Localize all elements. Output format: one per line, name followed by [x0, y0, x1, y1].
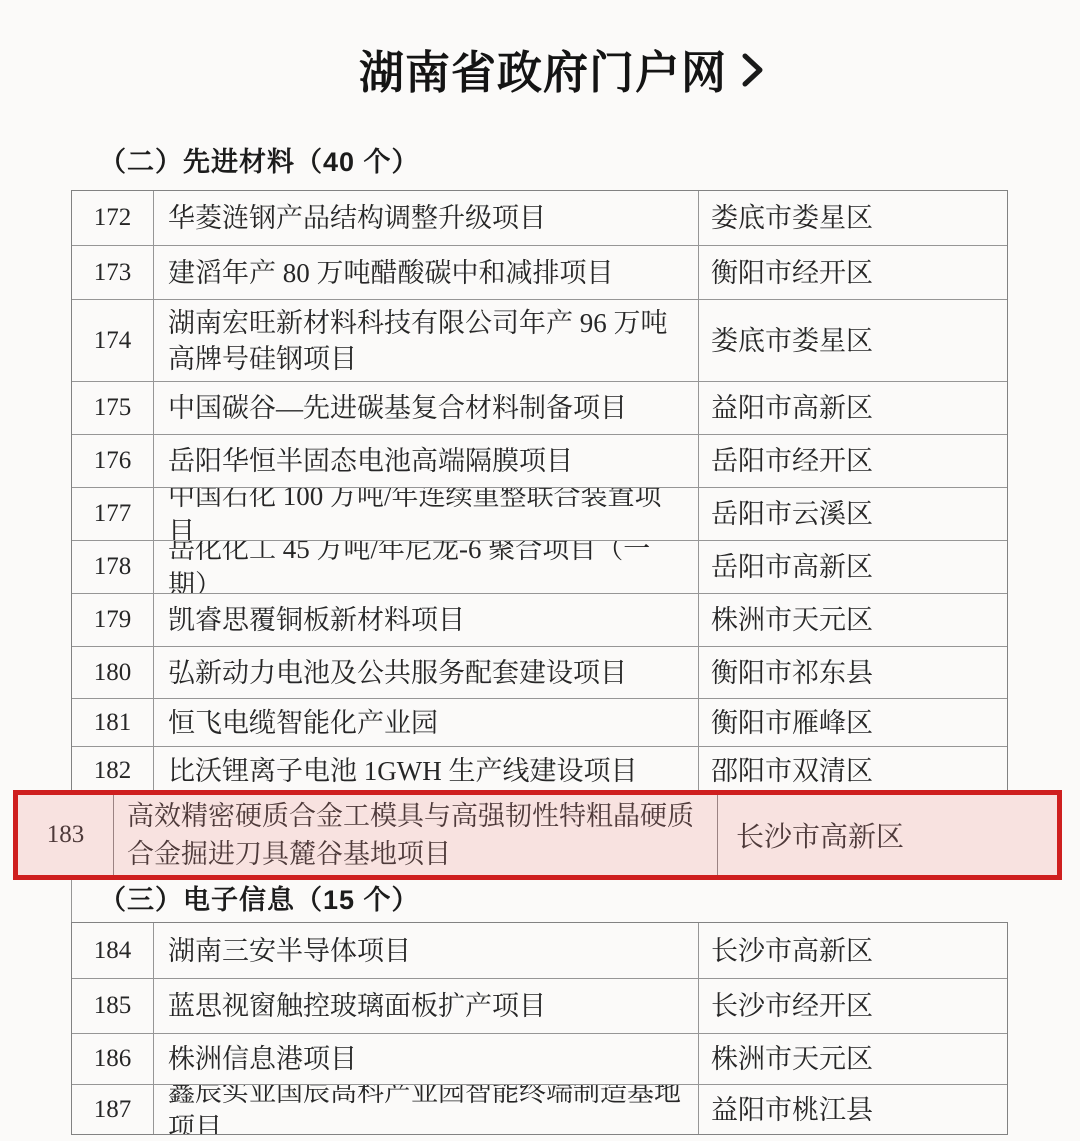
row-number: 185	[72, 979, 153, 1033]
table-row: 180弘新动力电池及公共服务配套建设项目衡阳市祁东县	[72, 646, 1007, 698]
project-location: 益阳市桃江县	[698, 1085, 1007, 1134]
electronic-information-table: 184湖南三安半导体项目长沙市高新区185蓝思视窗触控玻璃面板扩产项目长沙市经开…	[71, 922, 1008, 1135]
row-number: 177	[72, 488, 153, 540]
row-number: 180	[72, 647, 153, 698]
project-name: 中国碳谷—先进碳基复合材料制备项目	[153, 382, 698, 434]
project-location: 岳阳市经开区	[698, 435, 1007, 487]
table-row: 181恒飞电缆智能化产业园衡阳市雁峰区	[72, 698, 1007, 746]
project-name: 弘新动力电池及公共服务配套建设项目	[153, 647, 698, 698]
page-title: 湖南省政府门户网	[359, 36, 727, 101]
row-number: 182	[72, 747, 153, 794]
project-name: 比沃锂离子电池 1GWH 生产线建设项目	[153, 747, 698, 794]
project-name: 恒飞电缆智能化产业园	[153, 699, 698, 746]
project-name: 湖南宏旺新材料科技有限公司年产 96 万吨高牌号硅钢项目	[153, 300, 698, 381]
row-number: 184	[72, 923, 153, 978]
project-location: 益阳市高新区	[698, 382, 1007, 434]
project-location: 长沙市高新区	[698, 923, 1007, 978]
table-row: 179凯睿思覆铜板新材料项目株洲市天元区	[72, 593, 1007, 646]
row-number: 181	[72, 699, 153, 746]
project-name: 高效精密硬质合金工模具与高强韧性特粗晶硬质合金掘进刀具麓谷基地项目	[113, 795, 717, 875]
project-name: 株洲信息港项目	[153, 1034, 698, 1084]
table-row: 172华菱涟钢产品结构调整升级项目娄底市娄星区	[72, 191, 1007, 245]
project-location: 岳阳市高新区	[698, 541, 1007, 593]
project-name: 中国石化 100 万吨/年连续重整联合装置项目	[153, 488, 698, 540]
project-location: 衡阳市经开区	[698, 246, 1007, 299]
table-row: 178岳化化工 45 万吨/年尼龙-6 聚合项目（一期）岳阳市高新区	[72, 540, 1007, 593]
row-number: 176	[72, 435, 153, 487]
table-row: 173建滔年产 80 万吨醋酸碳中和减排项目衡阳市经开区	[72, 245, 1007, 299]
chevron-right-icon	[741, 50, 765, 90]
project-location: 岳阳市云溪区	[698, 488, 1007, 540]
table-row: 184湖南三安半导体项目长沙市高新区	[72, 923, 1007, 978]
table-row: 175中国碳谷—先进碳基复合材料制备项目益阳市高新区	[72, 381, 1007, 434]
row-number: 187	[72, 1085, 153, 1134]
table-row: 177中国石化 100 万吨/年连续重整联合装置项目岳阳市云溪区	[72, 487, 1007, 540]
project-location: 娄底市娄星区	[698, 191, 1007, 245]
table-border-stub	[71, 878, 72, 922]
row-number: 173	[72, 246, 153, 299]
table-row: 174湖南宏旺新材料科技有限公司年产 96 万吨高牌号硅钢项目娄底市娄星区	[72, 299, 1007, 381]
project-location: 长沙市高新区	[717, 795, 1057, 875]
project-name: 华菱涟钢产品结构调整升级项目	[153, 191, 698, 245]
project-name: 凯睿思覆铜板新材料项目	[153, 594, 698, 646]
row-number: 172	[72, 191, 153, 245]
section-heading-advanced-materials: （二）先进材料（40 个）	[99, 146, 420, 178]
row-number: 186	[72, 1034, 153, 1084]
project-location: 衡阳市祁东县	[698, 647, 1007, 698]
highlighted-table-row: 183 高效精密硬质合金工模具与高强韧性特粗晶硬质合金掘进刀具麓谷基地项目 长沙…	[13, 790, 1062, 880]
table-row: 182比沃锂离子电池 1GWH 生产线建设项目邵阳市双清区	[72, 746, 1007, 794]
project-name: 建滔年产 80 万吨醋酸碳中和减排项目	[153, 246, 698, 299]
project-location: 株洲市天元区	[698, 594, 1007, 646]
project-name: 鑫辰实业国辰高科产业园智能终端制造基地项目	[153, 1085, 698, 1134]
row-number: 174	[72, 300, 153, 381]
section-heading-electronic-information: （三）电子信息（15 个）	[99, 884, 420, 916]
project-location: 邵阳市双清区	[698, 747, 1007, 794]
project-location: 株洲市天元区	[698, 1034, 1007, 1084]
project-location: 娄底市娄星区	[698, 300, 1007, 381]
row-number: 175	[72, 382, 153, 434]
project-name: 蓝思视窗触控玻璃面板扩产项目	[153, 979, 698, 1033]
row-number: 178	[72, 541, 153, 593]
row-number: 179	[72, 594, 153, 646]
table-row: 176岳阳华恒半固态电池高端隔膜项目岳阳市经开区	[72, 434, 1007, 487]
advanced-materials-table: 172华菱涟钢产品结构调整升级项目娄底市娄星区173建滔年产 80 万吨醋酸碳中…	[71, 190, 1008, 795]
table-row: 187鑫辰实业国辰高科产业园智能终端制造基地项目益阳市桃江县	[72, 1084, 1007, 1134]
project-location: 长沙市经开区	[698, 979, 1007, 1033]
project-location: 衡阳市雁峰区	[698, 699, 1007, 746]
row-number: 183	[18, 795, 113, 875]
source-title-link[interactable]: 湖南省政府门户网	[22, 36, 1080, 100]
table-row: 185蓝思视窗触控玻璃面板扩产项目长沙市经开区	[72, 978, 1007, 1033]
table-row: 186株洲信息港项目株洲市天元区	[72, 1033, 1007, 1084]
project-name: 岳阳华恒半固态电池高端隔膜项目	[153, 435, 698, 487]
document-page: 湖南省政府门户网 （二）先进材料（40 个） 172华菱涟钢产品结构调整升级项目…	[0, 0, 1080, 1141]
project-name: 岳化化工 45 万吨/年尼龙-6 聚合项目（一期）	[153, 541, 698, 593]
project-name: 湖南三安半导体项目	[153, 923, 698, 978]
